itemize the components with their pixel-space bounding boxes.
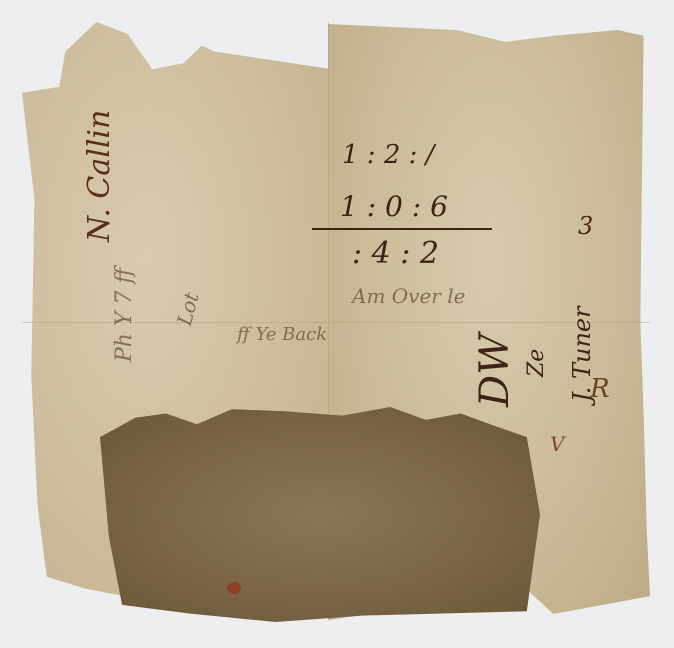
left-vertical-name: N. Callin xyxy=(82,110,117,242)
left-vertical-2: Ph Y 7 ff xyxy=(112,268,137,362)
sum-rule xyxy=(312,228,492,230)
small-letters: Ze xyxy=(524,349,549,377)
large-letters: DW xyxy=(472,334,518,407)
sum-total: : 4 : 2 xyxy=(352,236,439,271)
document-photo: 1 : 2 : / 1 : 0 : 6 : 4 : 2 Am Over le N… xyxy=(22,22,652,622)
center-faint-inscription: ff Ye Back xyxy=(237,324,327,345)
right-bottom-mark: V xyxy=(550,432,564,456)
dark-stain-patch xyxy=(100,407,540,622)
right-top-mark: 3 xyxy=(578,212,593,240)
right-mark: R xyxy=(590,374,610,404)
red-spot xyxy=(227,582,241,594)
sum-line-1: 1 : 2 : / xyxy=(342,140,434,170)
sum-line-2: 1 : 0 : 6 xyxy=(340,190,448,223)
middle-inscription: Am Over le xyxy=(352,284,465,308)
